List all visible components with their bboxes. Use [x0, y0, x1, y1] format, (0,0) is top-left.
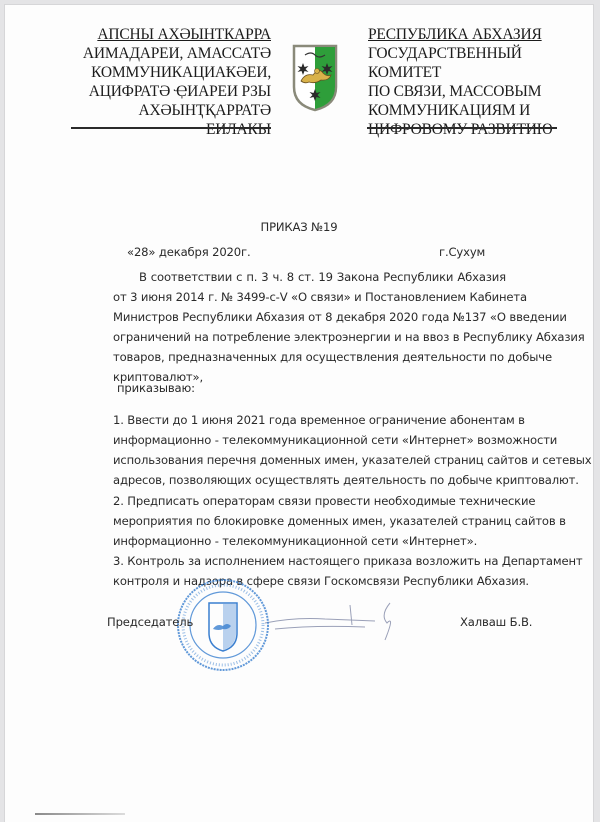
intro-line: ограничений на потребление электроэнерги… [113, 327, 506, 347]
header-left-rule [71, 127, 271, 129]
intro-line: от 3 июня 2014 г. № 3499-с-V «О связи» и… [113, 287, 506, 307]
handwritten-signature [255, 595, 405, 645]
coat-of-arms-icon [291, 43, 339, 113]
header-left-line: КОММУНИКАЦИАҞӘЕИ, [71, 63, 271, 82]
signer-name: Халваш Б.В. [460, 615, 532, 629]
item-line: 1. Ввести до 1 июня 2021 года временное … [113, 410, 506, 430]
order-word: приказываю: [117, 381, 195, 395]
header-left-title: АПСНЫ АХӘЫНТКАРРА [71, 25, 271, 44]
page-divider [35, 813, 125, 815]
item-line: использования перечня доменных имен, ука… [113, 450, 506, 470]
header-right-line: ЦИФРОВОМУ РАЗВИТИЮ [368, 120, 598, 139]
intro-line: В соответствии с п. 3 ч. 8 ст. 19 Закона… [113, 267, 506, 287]
header-left-abkhaz: АПСНЫ АХӘЫНТКАРРА АИМАДАРЕИ, АМАССАТӘ КО… [71, 25, 271, 139]
header-left-line: АХӘЫНҬҚАРРАТӘ ЕИЛАКЫ [71, 101, 271, 139]
header-left-line: АИМАДАРЕИ, АМАССАТӘ [71, 44, 271, 63]
header-right-rule [367, 127, 557, 129]
header-left-line: АЦИФРАТӘ ҾИАРЕИ РЗЫ [71, 82, 271, 101]
item-line: информационно - телекоммуникационной сет… [113, 430, 506, 450]
header-right-line: КОММУНИКАЦИЯМ И [368, 101, 598, 120]
intro-paragraph: В соответствии с п. 3 ч. 8 ст. 19 Закона… [113, 267, 506, 387]
item-line: мероприятия по блокировке доменных имен,… [113, 511, 506, 531]
intro-line: Министров Республики Абхазия от 8 декабр… [113, 307, 506, 327]
header-right-russian: РЕСПУБЛИКА АБХАЗИЯ ГОСУДАРСТВЕННЫЙ КОМИТ… [368, 25, 598, 139]
document-page: АПСНЫ АХӘЫНТКАРРА АИМАДАРЕИ, АМАССАТӘ КО… [4, 4, 594, 822]
header-right-line: ПО СВЯЗИ, МАССОВЫМ [368, 82, 598, 101]
order-item-2: 2. Предписать операторам связи провести … [113, 491, 506, 551]
item-line: 3. Контроль за исполнением настоящего пр… [113, 551, 506, 571]
document-title: ПРИКАЗ №19 [5, 220, 593, 234]
item-line: 2. Предписать операторам связи провести … [113, 491, 506, 511]
order-item-3: 3. Контроль за исполнением настоящего пр… [113, 551, 506, 591]
header-right-line: ГОСУДАРСТВЕННЫЙ КОМИТЕТ [368, 44, 598, 82]
item-line: информационно - телекоммуникационной сет… [113, 531, 506, 551]
header-right-title: РЕСПУБЛИКА АБХАЗИЯ [368, 25, 598, 44]
item-line: адресов, позволяющих осуществлять деятел… [113, 470, 506, 490]
order-item-1: 1. Ввести до 1 июня 2021 года временное … [113, 410, 506, 490]
intro-line: товаров, предназначенных для осуществлен… [113, 347, 506, 367]
signer-position: Председатель [107, 615, 193, 629]
item-line: контроля и надзора в сфере связи Госкомс… [113, 571, 506, 591]
document-city: г.Сухум [439, 245, 485, 259]
document-date: «28» декабря 2020г. [127, 245, 250, 259]
